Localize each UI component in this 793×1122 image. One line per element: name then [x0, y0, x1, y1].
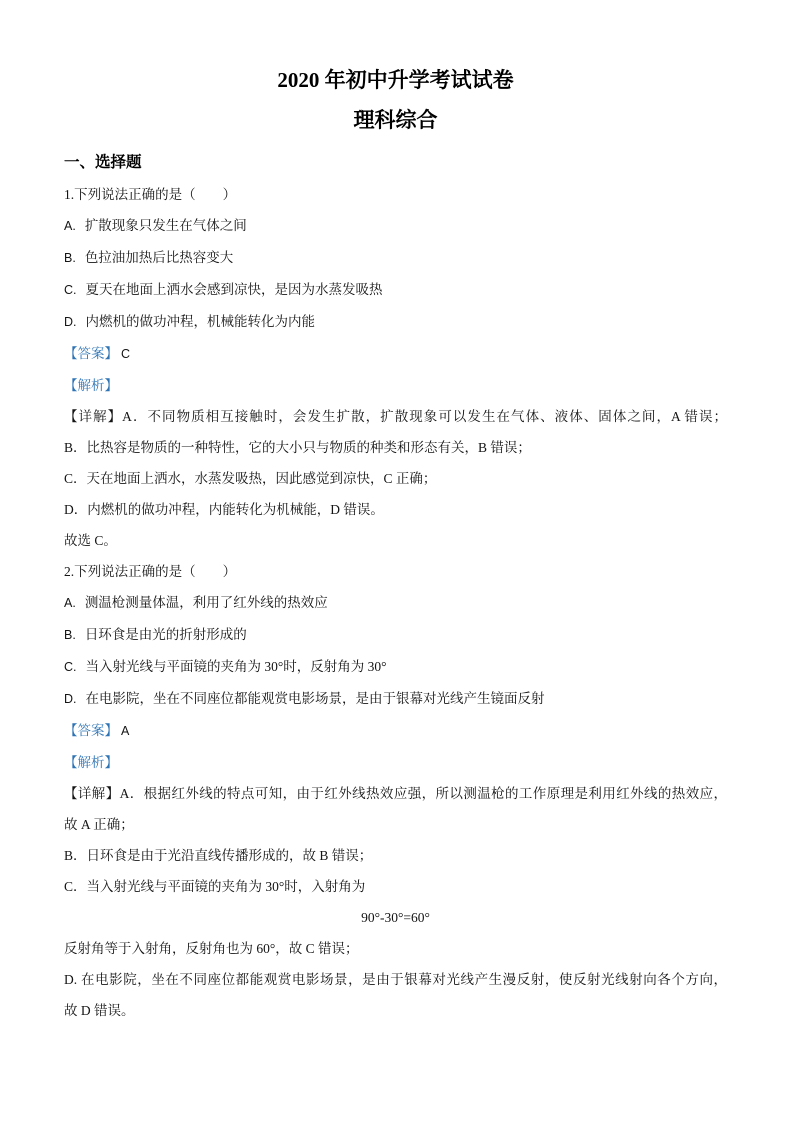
reflection-angle-formula: 90°-30°=60° — [64, 902, 727, 933]
answer-value: C — [121, 347, 130, 361]
option-letter: A. — [64, 596, 76, 610]
question-2-detail-a-line2: 故 A 正确； — [64, 809, 727, 840]
answer-value: A — [121, 724, 129, 738]
option-text: 当入射光线与平面镜的夹角为 30°时，反射角为 30° — [86, 659, 387, 674]
question-2-detail-d-line1: D. 在电影院，坐在不同座位都能观赏电影场景，是由于银幕对光线产生漫反射，使反射… — [64, 964, 727, 995]
option-text: 内燃机的做功冲程，机械能转化为内能 — [86, 314, 316, 329]
analysis-label: 【解析】 — [64, 755, 118, 770]
analysis-label: 【解析】 — [64, 378, 118, 393]
question-2-detail-c-conclusion: 反射角等于入射角，反射角也为 60°，故 C 错误； — [64, 933, 727, 964]
document-title: 2020 年初中升学考试试卷 — [64, 64, 727, 96]
question-2-answer-line: 【答案】A — [64, 715, 727, 747]
document-subtitle: 理科综合 — [64, 104, 727, 136]
question-1-option-b: B.色拉油加热后比热容变大 — [64, 242, 727, 274]
option-letter: C. — [64, 660, 77, 674]
section-heading: 一、选择题 — [64, 147, 727, 178]
question-2-detail-b: B．日环食是由于光沿直线传播形成的，故 B 错误； — [64, 840, 727, 871]
option-text: 夏天在地面上洒水会感到凉快，是因为水蒸发吸热 — [86, 282, 383, 297]
question-1-stem: 1.下列说法正确的是（ ） — [64, 179, 727, 210]
option-text: 扩散现象只发生在气体之间 — [85, 218, 247, 233]
question-2-analysis-line: 【解析】 — [64, 747, 727, 778]
question-1-detail-a: 【详解】A．不同物质相互接触时，会发生扩散，扩散现象可以发生在气体、液体、固体之… — [64, 401, 727, 432]
question-2-detail-d-line2: 故 D 错误。 — [64, 995, 727, 1026]
option-text: 在电影院，坐在不同座位都能观赏电影场景，是由于银幕对光线产生镜面反射 — [86, 691, 545, 706]
answer-label: 【答案】 — [64, 346, 118, 361]
option-text: 测温枪测量体温，利用了红外线的热效应 — [85, 595, 328, 610]
question-2-detail-c-intro: C．当入射光线与平面镜的夹角为 30°时，入射角为 — [64, 871, 727, 902]
question-2-option-b: B.日环食是由光的折射形成的 — [64, 619, 727, 651]
question-1-detail-d: D．内燃机的做功冲程，内能转化为机械能，D 错误。 — [64, 494, 727, 525]
question-2-option-a: A.测温枪测量体温，利用了红外线的热效应 — [64, 587, 727, 619]
option-text: 日环食是由光的折射形成的 — [85, 627, 247, 642]
question-1-conclusion: 故选 C。 — [64, 525, 727, 556]
option-letter: D. — [64, 692, 77, 706]
option-letter: C. — [64, 283, 77, 297]
question-1-option-c: C.夏天在地面上洒水会感到凉快，是因为水蒸发吸热 — [64, 274, 727, 306]
option-letter: B. — [64, 628, 76, 642]
question-2-option-d: D.在电影院，坐在不同座位都能观赏电影场景，是由于银幕对光线产生镜面反射 — [64, 683, 727, 715]
question-2-stem: 2.下列说法正确的是（ ） — [64, 556, 727, 587]
question-1-option-d: D.内燃机的做功冲程，机械能转化为内能 — [64, 306, 727, 338]
question-1-analysis-line: 【解析】 — [64, 370, 727, 401]
question-2-detail-a-line1: 【详解】A．根据红外线的特点可知，由于红外线热效应强，所以测温枪的工作原理是利用… — [64, 778, 727, 809]
question-1-detail-c: C．天在地面上洒水，水蒸发吸热，因此感觉到凉快，C 正确； — [64, 463, 727, 494]
answer-label: 【答案】 — [64, 723, 118, 738]
question-1-answer-line: 【答案】C — [64, 338, 727, 370]
option-letter: D. — [64, 315, 77, 329]
question-2-option-c: C.当入射光线与平面镜的夹角为 30°时，反射角为 30° — [64, 651, 727, 683]
question-1-detail-b: B．比热容是物质的一种特性，它的大小只与物质的种类和形态有关，B 错误； — [64, 432, 727, 463]
document-page: 2020 年初中升学考试试卷 理科综合 一、选择题 1.下列说法正确的是（ ） … — [0, 0, 793, 1122]
option-text: 色拉油加热后比热容变大 — [85, 250, 234, 265]
question-1-option-a: A.扩散现象只发生在气体之间 — [64, 210, 727, 242]
option-letter: A. — [64, 219, 76, 233]
option-letter: B. — [64, 251, 76, 265]
